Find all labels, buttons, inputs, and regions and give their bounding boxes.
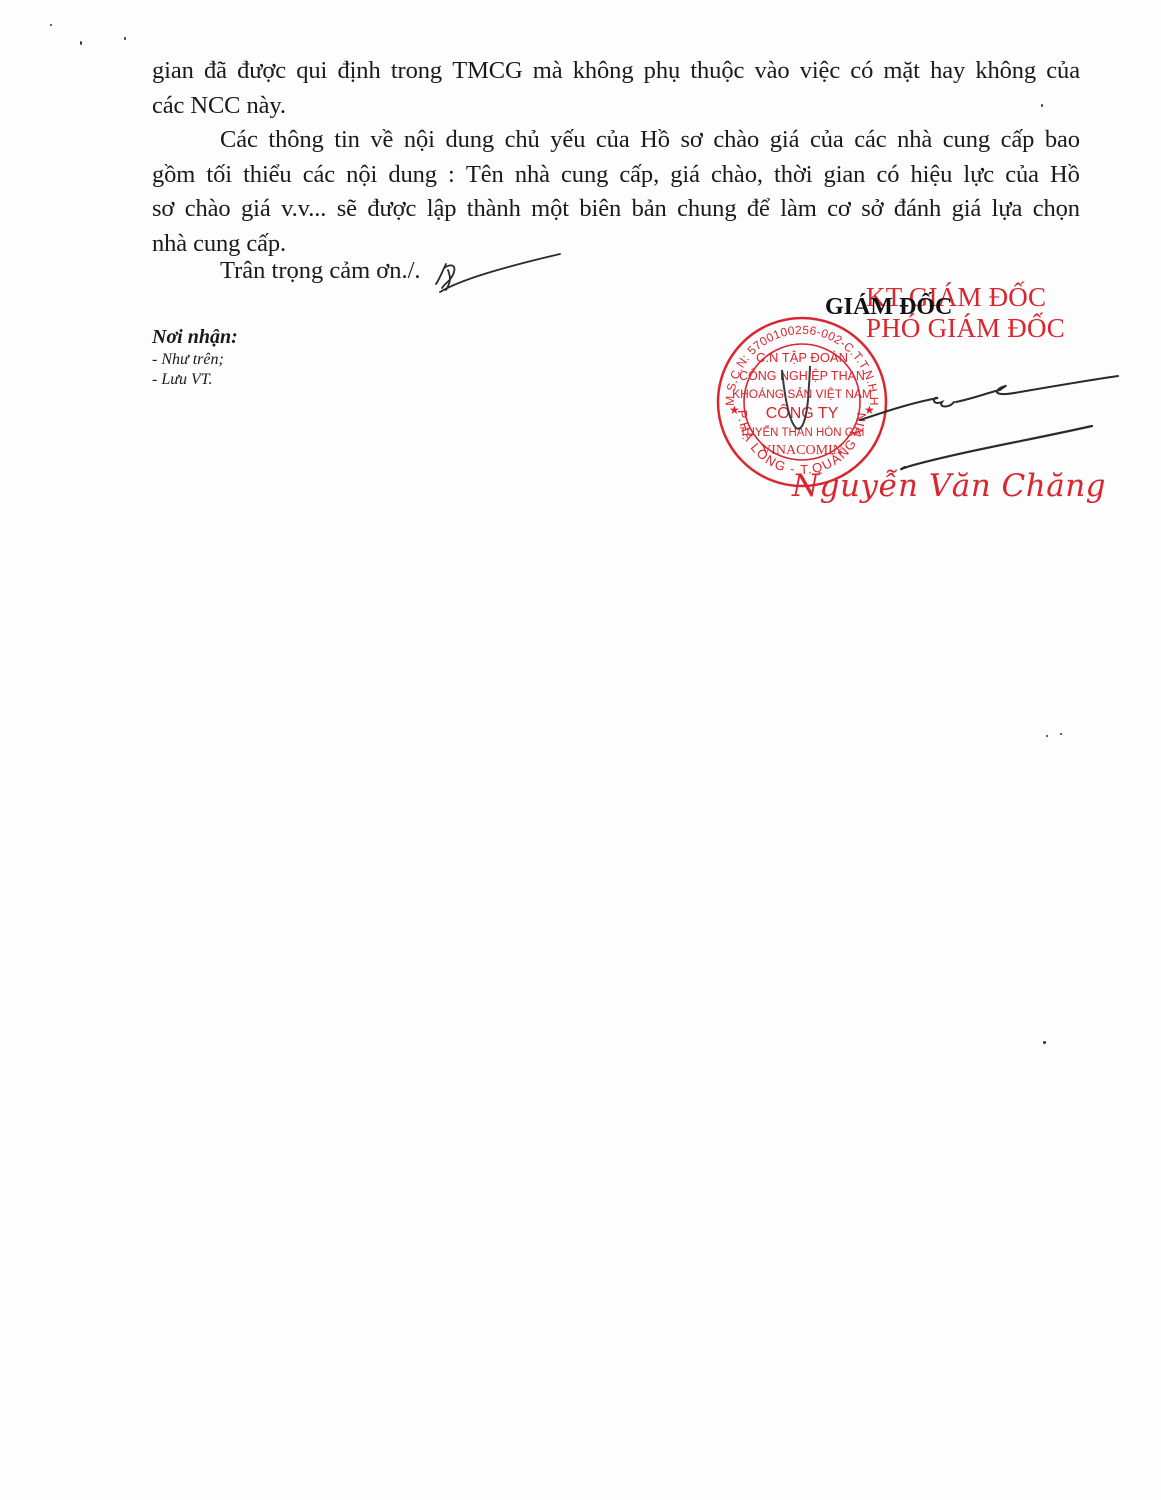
word: mà xyxy=(533,54,563,89)
scan-speck xyxy=(1043,1041,1046,1044)
company-seal-icon: M.S.C.N: 5700100256-002-C.T.T.N.H.H TP.H… xyxy=(712,310,892,490)
word: v.v... xyxy=(281,192,326,227)
word: giá xyxy=(670,158,700,193)
document-page: gianđãđượcquiđịnhtrongTMCGmàkhôngphụthuộ… xyxy=(0,0,1161,1500)
word: thông xyxy=(268,123,323,158)
word: các xyxy=(303,158,335,193)
word: lựa xyxy=(992,192,1023,227)
word: nội xyxy=(404,123,435,158)
recipients-title: Nơi nhận: xyxy=(152,324,238,350)
word: Tên xyxy=(466,158,504,193)
word: không xyxy=(975,54,1036,89)
paragraph-2-line: CácthôngtinvềnộidungchủyếucủaHồsơchàogiá… xyxy=(152,123,1080,158)
word: của xyxy=(596,123,630,158)
word: TMCG xyxy=(452,54,522,89)
svg-text:TUYỂN THAN HÒN GAI: TUYỂN THAN HÒN GAI xyxy=(739,426,864,439)
word: có xyxy=(876,158,899,193)
word: bao xyxy=(1045,123,1080,158)
paragraph-1-line: các NCC này. xyxy=(152,89,1080,124)
word: giá xyxy=(770,123,800,158)
word: các xyxy=(854,123,886,158)
word: cấp xyxy=(1001,123,1035,158)
svg-text:CÔNG NGHIỆP THAN: CÔNG NGHIỆP THAN xyxy=(739,368,865,383)
word: thuộc xyxy=(690,54,744,89)
word: của xyxy=(1005,158,1039,193)
svg-text:CÔNG TY: CÔNG TY xyxy=(766,403,839,422)
word: làm xyxy=(780,192,816,227)
word: nội xyxy=(346,158,377,193)
paragraph-1-line: gianđãđượcquiđịnhtrongTMCGmàkhôngphụthuộ… xyxy=(152,54,1080,89)
word: được xyxy=(237,54,286,89)
scan-speck xyxy=(124,37,126,40)
paragraph-2-line: sơchàogiáv.v...sẽđượclậpthànhmộtbiênbảnc… xyxy=(152,192,1080,227)
word: qui xyxy=(296,54,327,89)
word: gồm xyxy=(152,158,195,193)
scan-speck xyxy=(1060,733,1062,735)
svg-text:C.N TẬP ĐOÀN: C.N TẬP ĐOÀN xyxy=(756,350,848,365)
word: hiệu xyxy=(911,158,953,193)
word: hay xyxy=(930,54,965,89)
word: cơ xyxy=(827,192,851,227)
word: cung xyxy=(943,123,990,158)
word: gian xyxy=(152,54,194,89)
word: sơ xyxy=(680,123,702,158)
recipient-item: - Lưu VT. xyxy=(152,370,238,390)
scan-speck xyxy=(50,24,52,26)
word: nhà xyxy=(897,123,932,158)
word: : xyxy=(448,158,455,193)
word: nhà xyxy=(515,158,550,193)
word: Hồ xyxy=(640,123,670,158)
word: đánh xyxy=(894,192,941,227)
word: tối xyxy=(206,158,232,193)
word: chào xyxy=(185,192,231,227)
word: cung xyxy=(561,158,608,193)
word: thời xyxy=(774,158,812,193)
paragraph-1: gianđãđượcquiđịnhtrongTMCGmàkhôngphụthuộ… xyxy=(152,54,1080,123)
word: chung xyxy=(677,192,736,227)
word: thiểu xyxy=(243,158,292,193)
word: sẽ xyxy=(337,192,357,227)
word: cấp, xyxy=(619,158,659,193)
word: chào xyxy=(713,123,759,158)
svg-text:KHOÁNG SẢN VIỆT NAM: KHOÁNG SẢN VIỆT NAM xyxy=(732,386,872,401)
word: trong xyxy=(391,54,442,89)
svg-text:★: ★ xyxy=(729,403,740,417)
word: dung xyxy=(388,158,437,193)
word: lập xyxy=(427,192,457,227)
recipients-block: Nơi nhận: - Như trên; - Lưu VT. xyxy=(152,324,238,390)
word: dung xyxy=(445,123,494,158)
word: tin xyxy=(334,123,360,158)
initials-signature xyxy=(420,250,570,300)
signature-block: KT GIÁM ĐỐC PHÓ GIÁM ĐỐC GIÁM ĐỐC M.S.C.… xyxy=(700,280,1120,520)
word: việc xyxy=(800,54,840,89)
scan-speck xyxy=(80,41,82,45)
word: được xyxy=(367,192,416,227)
word: không xyxy=(573,54,634,89)
signer-name: Nguyễn Văn Chăng xyxy=(792,468,1106,504)
word: Các xyxy=(220,123,258,158)
word: yếu xyxy=(550,123,585,158)
paragraph-2: CácthôngtinvềnộidungchủyếucủaHồsơchàogiá… xyxy=(152,123,1080,261)
word: để xyxy=(747,192,770,227)
word: chọn xyxy=(1033,192,1080,227)
word: của xyxy=(810,123,844,158)
word: chủ xyxy=(505,123,540,158)
word: gian xyxy=(824,158,866,193)
word: sở xyxy=(861,192,883,227)
svg-text:★: ★ xyxy=(864,403,875,417)
word: vào xyxy=(754,54,789,89)
word: đã xyxy=(204,54,227,89)
word: giá xyxy=(241,192,271,227)
word: có xyxy=(850,54,873,89)
paragraph-2-line: nhà cung cấp. xyxy=(152,227,1080,262)
word: giá xyxy=(952,192,982,227)
svg-text:VINACOMIN: VINACOMIN xyxy=(761,443,843,458)
paragraph-2-line: gồmtốithiểucácnộidung:Tênnhàcungcấp,giác… xyxy=(152,158,1080,193)
recipient-item: - Như trên; xyxy=(152,350,238,370)
word: mặt xyxy=(883,54,919,89)
scan-speck xyxy=(1046,735,1048,737)
word: bản xyxy=(632,192,667,227)
word: biên xyxy=(579,192,621,227)
word: thành xyxy=(467,192,521,227)
word: sơ xyxy=(152,192,174,227)
closing-text: Trân trọng cảm ơn./. xyxy=(220,257,421,285)
word: định xyxy=(337,54,380,89)
word: của xyxy=(1046,54,1080,89)
word: một xyxy=(531,192,569,227)
word: chào, xyxy=(711,158,763,193)
word: phụ xyxy=(644,54,680,89)
word: Hồ xyxy=(1050,158,1080,193)
word: về xyxy=(370,123,393,158)
word: lực xyxy=(963,158,994,193)
